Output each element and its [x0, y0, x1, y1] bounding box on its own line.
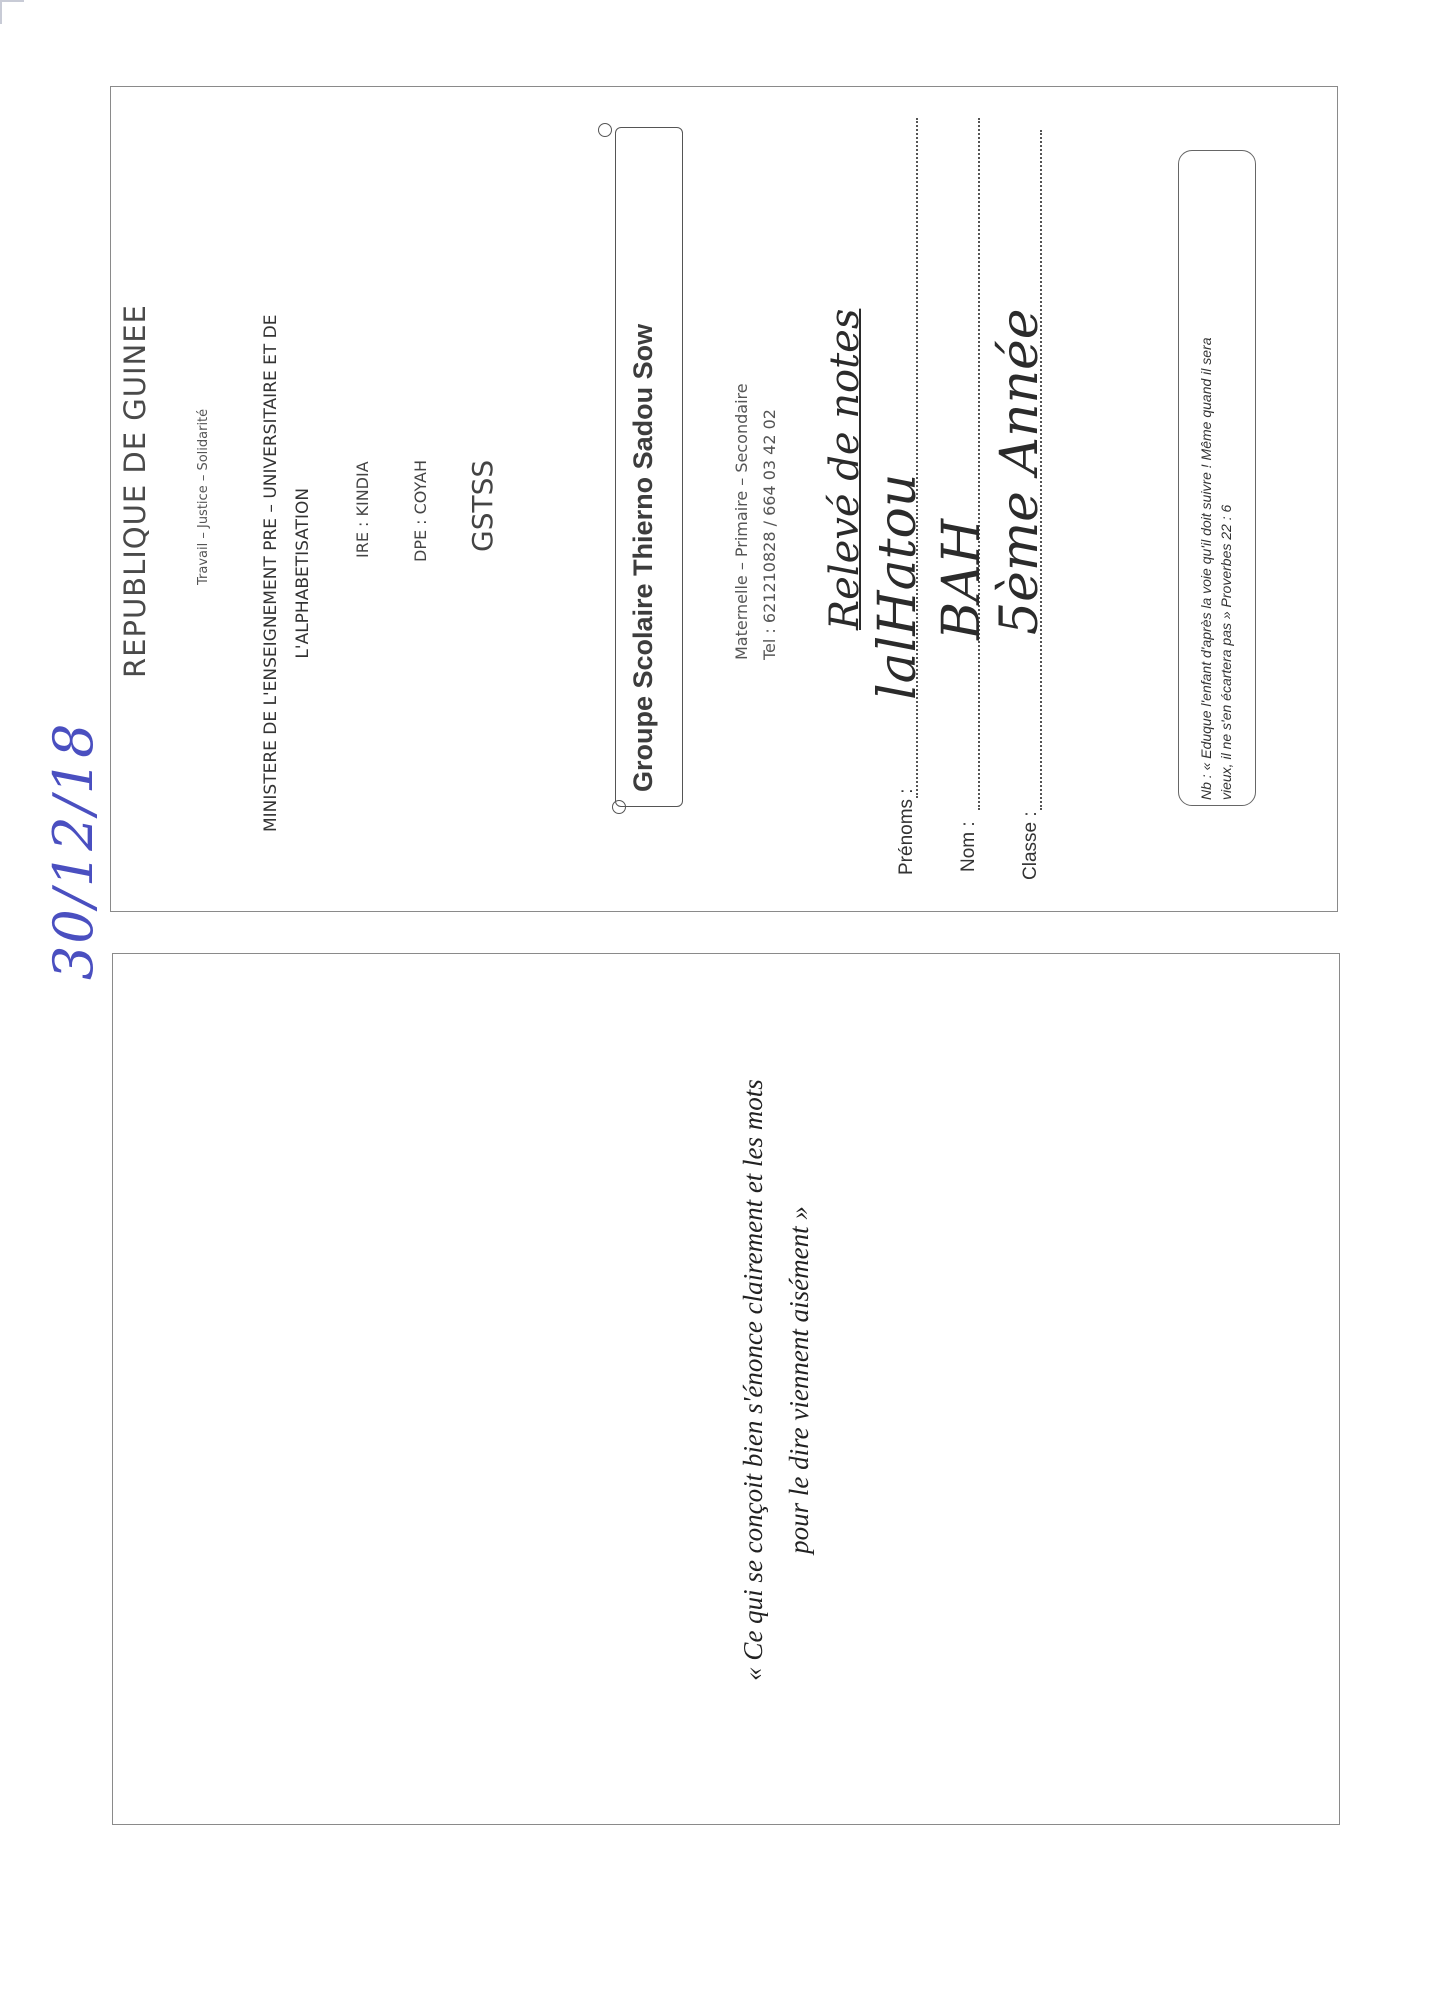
quote-line-1: « Ce qui se conçoit bien s'énonce claire… — [730, 970, 776, 1790]
banner-curl-icon — [598, 123, 612, 137]
field-value-classe: 5ème Année — [990, 308, 1050, 635]
field-label-nom: Nom : — [958, 821, 980, 872]
field-label-prenoms: Prénoms : — [896, 788, 918, 875]
proverb-line-1: Nb : « Eduque l'enfant d'après la voie q… — [1196, 337, 1216, 800]
banner-curl-icon — [612, 800, 626, 814]
country-title: REPUBLIQUE DE GUINEE — [118, 304, 152, 678]
ire-label: IRE : KINDIA — [353, 461, 372, 558]
school-name: Groupe Scolaire Thierno Sadou Sow — [628, 324, 659, 792]
field-label-classe: Classe : — [1020, 811, 1042, 880]
ministry-line-1: MINISTERE DE L'ENSEIGNEMENT PRE – UNIVER… — [255, 314, 287, 832]
scan-corner-mark — [0, 0, 24, 24]
handwritten-date: 30/12/18 — [42, 721, 105, 980]
nom-dotted-line — [978, 118, 980, 810]
proverb-note: Nb : « Eduque l'enfant d'après la voie q… — [1196, 337, 1236, 800]
school-levels: Maternelle – Primaire – Secondaire — [732, 383, 751, 660]
field-value-nom: BAH — [932, 519, 992, 640]
back-panel — [112, 953, 1340, 1825]
quote-line-2: pour le dire viennent aisément » — [776, 970, 822, 1790]
document-title-handwritten: Relevé de notes — [822, 309, 868, 630]
boileau-quote: « Ce qui se conçoit bien s'énonce claire… — [730, 970, 822, 1790]
school-acronym: GSTSS — [466, 460, 499, 552]
ministry-line-2: L'ALPHABETISATION — [287, 314, 319, 832]
ministry-block: MINISTERE DE L'ENSEIGNEMENT PRE – UNIVER… — [255, 314, 319, 832]
dpe-label: DPE : COYAH — [411, 460, 430, 562]
national-motto: Travail – Justice – Solidarité — [196, 409, 211, 585]
field-value-prenoms: lalHatou — [868, 474, 928, 700]
proverb-line-2: vieux, il ne s'en écartera pas » Proverb… — [1216, 337, 1236, 800]
school-phone: Tel : 621210828 / 664 03 42 02 — [760, 409, 779, 660]
